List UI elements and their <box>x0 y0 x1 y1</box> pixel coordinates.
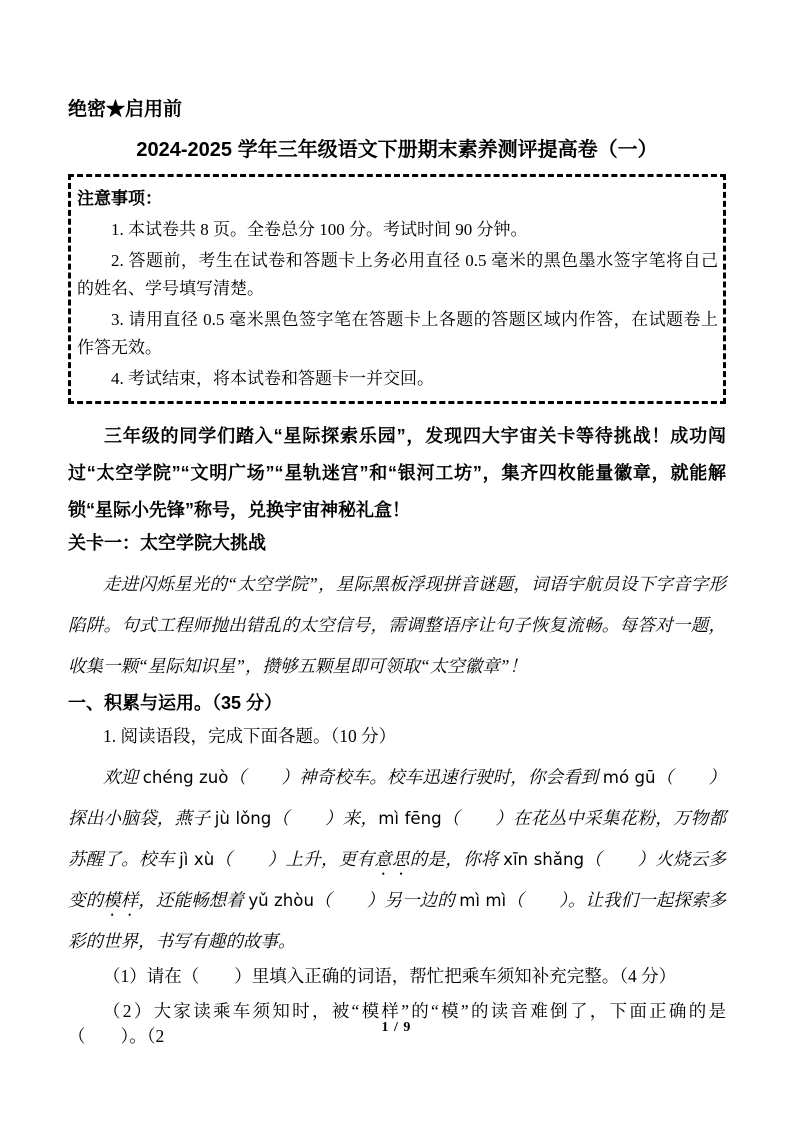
passage-text-segment: （ ）神奇校车。校车迅速行驶时，你会看到 <box>228 767 602 787</box>
exam-paper-page: 绝密★启用前 2024-2025 学年三年级语文下册期末素养测评提高卷（一） 注… <box>0 0 793 1122</box>
emphasized-word-muyang: 模样 <box>103 890 138 910</box>
question1-heading: 1. 阅读语段，完成下面各题。（10 分） <box>68 724 726 749</box>
notice-heading: 注意事项： <box>77 185 718 213</box>
notice-item-3: 3. 请用直径 0.5 毫米黑色签字笔在答题卡上各题的答题区域内作答，在试题卷上… <box>77 306 718 362</box>
passage-text-segment: （ ）上升，更有 <box>214 849 374 869</box>
reading-passage: 欢迎 chéng zuò（ ）神奇校车。校车迅速行驶时，你会看到 mó gū（ … <box>68 757 726 962</box>
classification-label: 绝密★启用前 <box>68 98 726 122</box>
pinyin-mo-gu: mó gū <box>603 768 656 787</box>
notice-item-1: 1. 本试卷共 8 页。全卷总分 100 分。考试时间 90 分钟。 <box>77 216 718 244</box>
pinyin-cheng-zuo: chéng zuò <box>143 768 229 787</box>
level1-heading: 关卡一：太空学院大挑战 <box>68 531 726 556</box>
emphasized-word-yisi: 意思 <box>374 849 410 869</box>
notice-item-4: 4. 考试结束，将本试卷和答题卡一并交回。 <box>77 365 718 393</box>
paper-title: 2024-2025 学年三年级语文下册期末素养测评提高卷（一） <box>68 136 726 164</box>
pinyin-ju-long: jù lǒng <box>215 809 272 828</box>
pinyin-mi-feng: mì fēng <box>378 809 441 828</box>
sub-question-1: （1）请在（ ）里填入正确的词语，帮忙把乘车须知补充完整。（4 分） <box>68 964 726 989</box>
pinyin-ji-xu: jì xù <box>179 850 214 869</box>
notice-box: 注意事项： 1. 本试卷共 8 页。全卷总分 100 分。考试时间 90 分钟。… <box>68 174 726 404</box>
passage-text-segment: 欢迎 <box>103 767 143 787</box>
pinyin-yu-zhou: yǔ zhòu <box>248 891 314 910</box>
pinyin-xin-shang: xīn shǎng <box>503 850 584 869</box>
part1-heading: 一、积累与运用。（35 分） <box>68 691 726 716</box>
notice-item-2: 2. 答题前，考生在试卷和答题卡上务必用直径 0.5 毫米的黑色墨水签字笔将自己… <box>77 247 718 303</box>
passage-text-segment: ，还能畅想着 <box>138 890 248 910</box>
level1-description: 走进闪烁星光的“太空学院”，星际黑板浮现拼音谜题，词语宇航员设下字音字形陷阱。句… <box>68 564 726 687</box>
page-number: 1 / 9 <box>0 1020 793 1036</box>
pinyin-mi-mi: mì mì <box>459 891 506 910</box>
passage-text-segment: （ ）另一边的 <box>314 890 459 910</box>
passage-text-segment: 的是，你将 <box>410 849 503 869</box>
passage-text-segment: （ ）来， <box>271 808 378 828</box>
intro-paragraph: 三年级的同学们踏入“星际探索乐园”，发现四大宇宙关卡等待挑战！成功闯过“太空学院… <box>68 418 726 529</box>
